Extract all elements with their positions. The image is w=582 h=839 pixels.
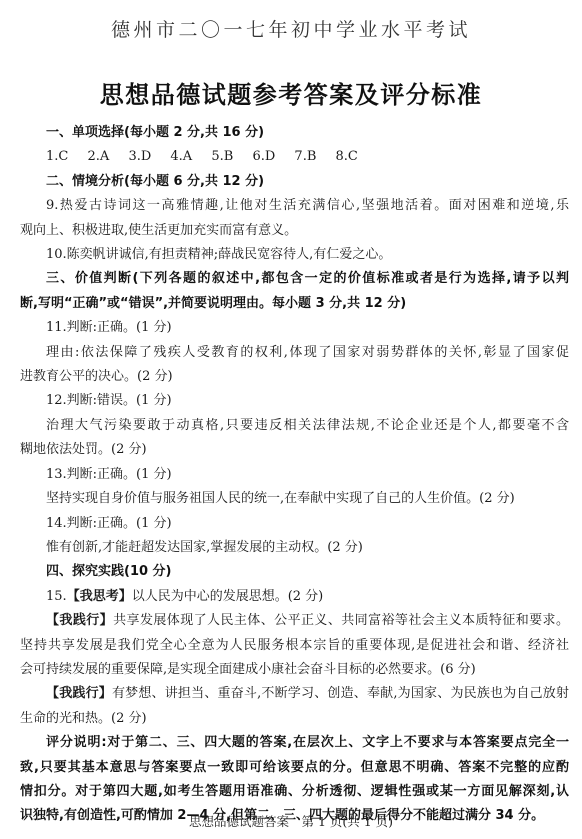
answer-content: 一、单项选择(每小题 2 分,共 16 分) 1.C 2.A 3.D 4.A 5… bbox=[20, 121, 569, 829]
q10-answer: 10.陈奕帆讲诚信,有担责精神;薛战民宽容待人,有仁爱之心。 bbox=[20, 243, 569, 267]
scoring-notes-line: 情扣分。对于第四大题,如考生答题用语准确、分析透彻、逻辑性强或某一方面见解深刻,… bbox=[20, 780, 569, 804]
q9-answer-line: 观向上、积极进取,使生活更加充实而富有意义。 bbox=[20, 219, 569, 243]
q15-practice1-line: 会可持续发展的重要保障,是实现全面建成小康社会奋斗目标的必然要求。(6 分) bbox=[20, 658, 569, 682]
section-heading-multiple-choice: 一、单项选择(每小题 2 分,共 16 分) bbox=[20, 121, 569, 145]
answer-item: 6.D bbox=[252, 149, 275, 164]
q15-practice1-line: 坚持共享发展是我们党全心全意为人民服务根本宗旨的重要体现,是促进社会和谐、经济社 bbox=[20, 634, 569, 658]
q12-reason-line: 治理大气污染要敢于动真格,只要违反相关法律法规,不论企业还是个人,都要毫不含 bbox=[20, 414, 569, 438]
answer-item: 1.C bbox=[46, 149, 68, 164]
answer-item: 3.D bbox=[128, 149, 151, 164]
q15-practice2-line: 【我践行】有梦想、讲担当、重奋斗,不断学习、创造、奉献,为国家、为民族也为自己放… bbox=[20, 682, 569, 706]
section-heading-inquiry-practice: 四、探究实践(10 分) bbox=[20, 560, 569, 584]
think-text: 以人民为中心的发展思想。(2 分) bbox=[132, 589, 324, 604]
q13-judgement: 13.判断:正确。(1 分) bbox=[20, 463, 569, 487]
q11-reason-line: 理由:依法保障了残疾人受教育的权利,体现了国家对弱势群体的关怀,彰显了国家促 bbox=[20, 341, 569, 365]
q12-judgement: 12.判断:错误。(1 分) bbox=[20, 389, 569, 413]
scoring-notes-line: 评分说明:对于第二、三、四大题的答案,在层次上、文字上不要求与本答案要点完全一 bbox=[20, 731, 569, 755]
q11-reason-line: 进教育公平的决心。(2 分) bbox=[20, 365, 569, 389]
practice1-text: 共享发展体现了人民主体、公平正义、共同富裕等社会主义本质特征和要求。 bbox=[113, 613, 569, 628]
answer-item: 5.B bbox=[211, 149, 233, 164]
multiple-choice-answers: 1.C 2.A 3.D 4.A 5.B 6.D 7.B 8.C bbox=[20, 145, 569, 169]
answer-item: 8.C bbox=[336, 149, 358, 164]
answer-item: 2.A bbox=[88, 149, 110, 164]
practice2-text: 有梦想、讲担当、重奋斗,不断学习、创造、奉献,为国家、为民族也为自己放射 bbox=[112, 686, 569, 701]
q14-reason-line: 惟有创新,才能赶超发达国家,掌握发展的主动权。(2 分) bbox=[20, 536, 569, 560]
scoring-notes-line: 致,只要其基本意思与答案要点一致即可给该要点的分。但意思不明确、答案不完整的应酌 bbox=[20, 756, 569, 780]
page-footer: 思想品德试题答案 第 1 页(共 1 页) bbox=[0, 812, 582, 830]
section-heading-value-judgement: 三、价值判断(下列各题的叙述中,都包含一定的价值标准或者是行为选择,请予以判 bbox=[20, 267, 569, 291]
q14-judgement: 14.判断:正确。(1 分) bbox=[20, 512, 569, 536]
q15-practice2-line: 生命的光和热。(2 分) bbox=[20, 707, 569, 731]
q15-number: 15. bbox=[46, 589, 67, 604]
practice-tag: 【我践行】 bbox=[46, 613, 113, 628]
section-heading-value-judgement-cont: 断,写明“正确”或“错误”,并简要说明理由。每小题 3 分,共 12 分) bbox=[20, 292, 569, 316]
section-heading-situation-analysis: 二、情境分析(每小题 6 分,共 12 分) bbox=[20, 170, 569, 194]
practice-tag: 【我践行】 bbox=[46, 686, 112, 701]
q15-practice1-line: 【我践行】共享发展体现了人民主体、公平正义、共同富裕等社会主义本质特征和要求。 bbox=[20, 609, 569, 633]
answer-item: 7.B bbox=[294, 149, 316, 164]
think-tag: 【我思考】 bbox=[67, 589, 132, 604]
q9-answer-line: 9.热爱古诗词这一高雅情趣,让他对生活充满信心,坚强地活着。面对困难和逆境,乐 bbox=[20, 194, 569, 218]
q15-think: 15.【我思考】以人民为中心的发展思想。(2 分) bbox=[20, 585, 569, 609]
q11-judgement: 11.判断:正确。(1 分) bbox=[20, 316, 569, 340]
q12-reason-line: 糊地依法处罚。(2 分) bbox=[20, 438, 569, 462]
exam-name: 德州市二〇一七年初中学业水平考试 bbox=[0, 15, 582, 42]
document-title: 思想品德试题参考答案及评分标准 bbox=[0, 75, 582, 110]
q13-reason-line: 坚持实现自身价值与服务祖国人民的统一,在奉献中实现了自己的人生价值。(2 分) bbox=[20, 487, 569, 511]
answer-item: 4.A bbox=[170, 149, 192, 164]
